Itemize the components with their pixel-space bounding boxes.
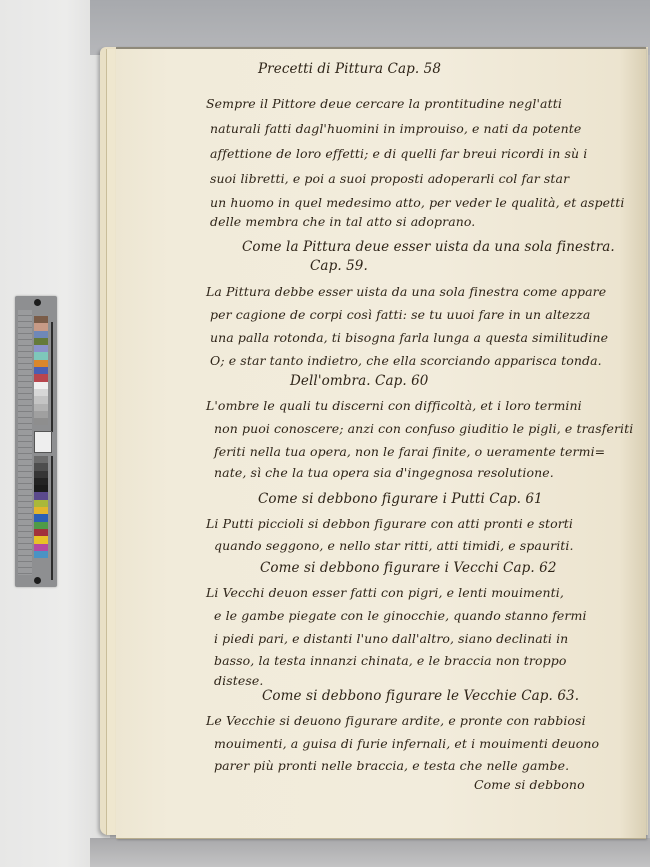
color-patches-top (34, 316, 48, 425)
manuscript-line-body: distese. (214, 675, 263, 688)
manuscript-line-heading: Come si debbono figurare le Vecchie Cap.… (262, 690, 579, 704)
manuscript-line-catchword: Come si debbono (474, 779, 585, 792)
color-patch (34, 485, 48, 492)
color-patch (34, 331, 48, 338)
manuscript-line-heading: Precetti di Pittura Cap. 58 (258, 63, 441, 77)
manuscript-line-body: parer più pronti nelle braccia, e testa … (214, 760, 569, 773)
manuscript-line-body: feriti nella tua opera, non le farai fin… (214, 446, 605, 459)
manuscript-line-heading: Come la Pittura deue esser uista da una … (242, 241, 615, 255)
manuscript-line-heading: Cap. 59. (310, 260, 368, 274)
color-calibration-target (15, 296, 57, 587)
manuscript-line-body: affettione de loro effetti; e di quelli … (210, 148, 587, 161)
color-patch (34, 360, 48, 367)
color-patch (34, 471, 48, 478)
color-patch (34, 389, 48, 396)
manuscript-line-body: O; e star tanto indietro, che ella scorc… (210, 355, 602, 368)
scan-background-bottom (90, 838, 650, 867)
color-patches-bottom (34, 456, 48, 558)
color-patch (34, 544, 48, 551)
manuscript-line-body: nate, sì che la tua opera sia d'ingegnos… (214, 467, 554, 480)
color-patch (34, 507, 48, 514)
manuscript-line-heading: Dell'ombra. Cap. 60 (290, 375, 429, 389)
color-patch (34, 396, 48, 403)
target-black-bar (51, 456, 53, 580)
color-patch (34, 316, 48, 323)
target-mount-hole (34, 299, 41, 306)
manuscript-line-body: un huomo in quel medesimo atto, per vede… (210, 197, 624, 210)
color-patch (34, 522, 48, 529)
manuscript-line-body: Li Putti piccioli si debbon figurare con… (206, 518, 573, 531)
color-patch (34, 382, 48, 389)
target-ruler-scale (18, 310, 32, 575)
color-patch (34, 529, 48, 536)
color-patch (34, 374, 48, 381)
color-patch (34, 536, 48, 543)
color-patch (34, 551, 48, 558)
manuscript-line-body: non puoi conoscere; anzi con confuso giu… (214, 423, 633, 436)
color-patch (34, 352, 48, 359)
color-patch (34, 478, 48, 485)
manuscript-line-body: delle membra che in tal atto si adoprano… (210, 216, 475, 229)
manuscript-line-body: Li Vecchi deuon esser fatti con pigri, e… (206, 587, 564, 600)
manuscript-line-body: una palla rotonda, ti bisogna farla lung… (210, 332, 608, 345)
manuscript-line-body: i piedi pari, e distanti l'uno dall'altr… (214, 633, 568, 646)
color-patch (34, 418, 48, 425)
color-patch (34, 456, 48, 463)
manuscript-line-body: Le Vecchie si deuono figurare ardite, e … (206, 715, 586, 728)
manuscript-line-body: basso, la testa innanzi chinata, e le br… (214, 655, 566, 668)
color-patch (34, 367, 48, 374)
manuscript-line-body: naturali fatti dagl'huomini in improuiso… (210, 123, 581, 136)
color-patch (34, 323, 48, 330)
manuscript-line-body: quando seggono, e nello star ritti, atti… (214, 540, 574, 553)
manuscript-line-body: per cagione de corpi così fatti: se tu u… (210, 309, 590, 322)
manuscript-line-body: mouimenti, a guisa di furie infernali, e… (214, 738, 599, 751)
manuscript-line-body: e le gambe piegate con le ginocchie, qua… (214, 610, 587, 623)
color-patch (34, 500, 48, 507)
color-patch (34, 514, 48, 521)
manuscript-line-body: Sempre il Pittore deue cercare la pronti… (206, 98, 562, 111)
color-patch (34, 411, 48, 418)
manuscript-line-body: La Pittura debbe esser uista da una sola… (206, 286, 606, 299)
color-patch (34, 345, 48, 352)
color-patch (34, 338, 48, 345)
color-patch (34, 404, 48, 411)
color-patch (34, 463, 48, 470)
color-patch (34, 492, 48, 499)
manuscript-line-heading: Come si debbono figurare i Putti Cap. 61 (258, 493, 543, 507)
manuscript-line-body: suoi libretti, e poi a suoi proposti ado… (210, 173, 569, 186)
target-label (34, 431, 52, 453)
manuscript-line-heading: Come si debbono figurare i Vecchi Cap. 6… (260, 562, 557, 576)
manuscript-line-body: L'ombre le quali tu discerni con diffico… (206, 400, 582, 413)
target-mount-hole (34, 577, 41, 584)
target-black-bar (51, 322, 53, 432)
